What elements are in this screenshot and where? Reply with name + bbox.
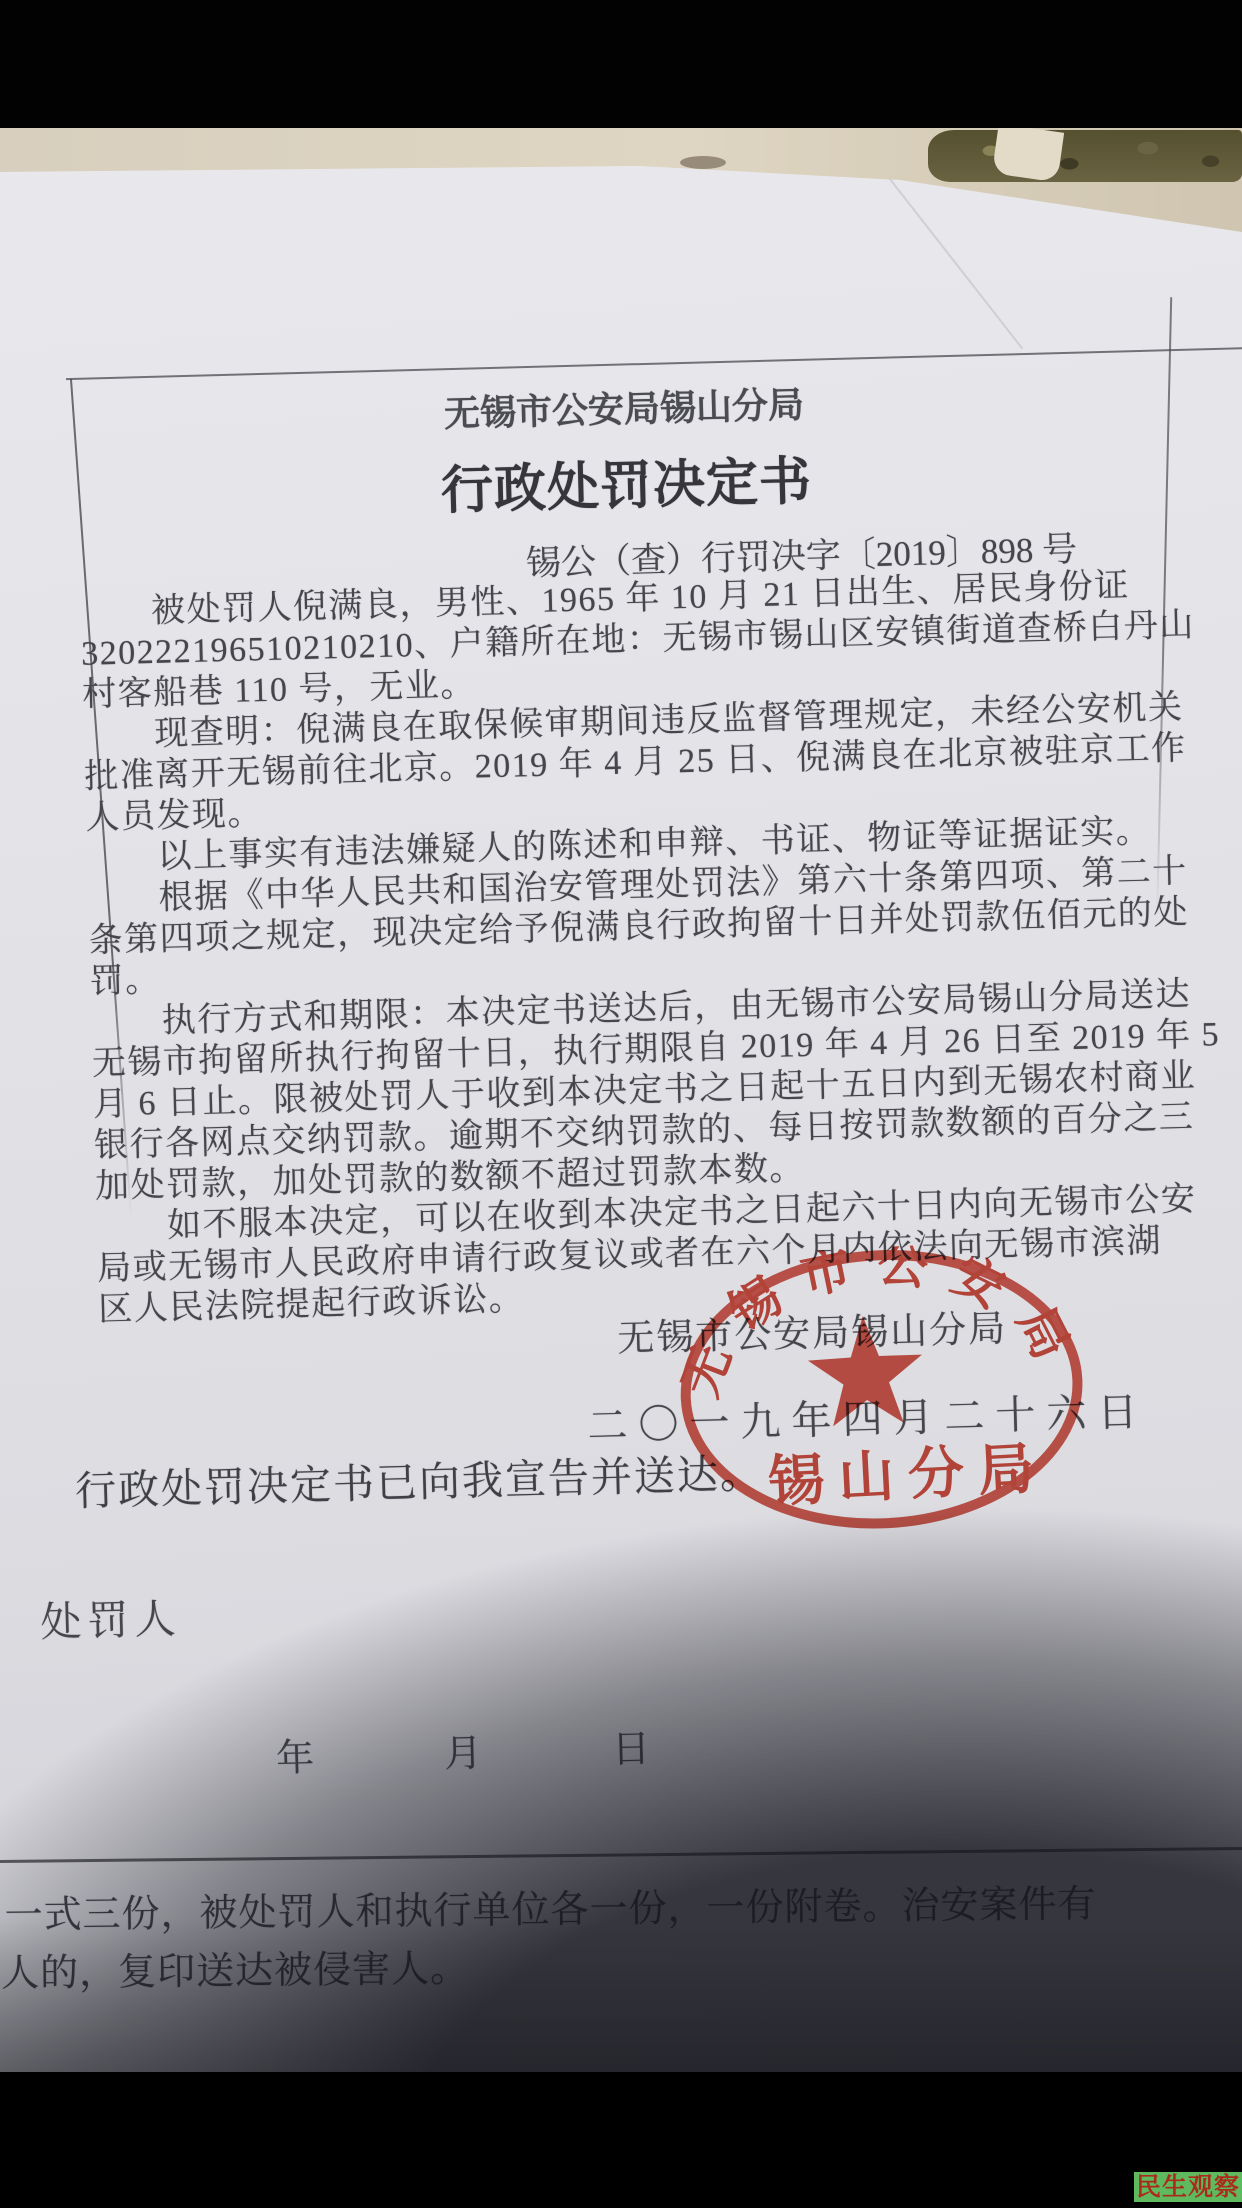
letterbox-bottom <box>0 2072 1242 2208</box>
patterned-pillow <box>928 130 1242 182</box>
watermark-badge: 民生观察 <box>1134 2172 1242 2202</box>
paper-document: 无锡市公安局锡山分局 行政处罚决定书 锡公（查）行罚决字〔2019〕898 号 … <box>0 128 1242 2072</box>
letterbox-top <box>0 0 1242 128</box>
photo-area: 无锡市公安局锡山分局 行政处罚决定书 锡公（查）行罚决字〔2019〕898 号 … <box>0 128 1242 2072</box>
seal-star <box>806 1313 926 1427</box>
fabric-highlight <box>992 124 1064 183</box>
official-red-seal: 无锡市公安局 锡山分局 <box>664 1236 1109 1558</box>
footer-note-line1: 一式三份，被处罚人和执行单位各一份，一份附卷。治安案件有 <box>4 1873 1097 1939</box>
footer-note-line2: 人的，复印送达被侵害人。 <box>1 1937 470 1997</box>
photo-of-penalty-document: 无锡市公安局锡山分局 行政处罚决定书 锡公（查）行罚决字〔2019〕898 号 … <box>0 0 1242 2208</box>
footer-notes-layer: 一式三份，被处罚人和执行单位各一份，一份附卷。治安案件有 人的，复印送达被侵害人… <box>0 0 1242 2208</box>
fabric-smudge <box>680 156 726 169</box>
footer-divider-line <box>0 1847 1242 1863</box>
seal-bottom-text: 锡山分局 <box>767 1438 1050 1515</box>
